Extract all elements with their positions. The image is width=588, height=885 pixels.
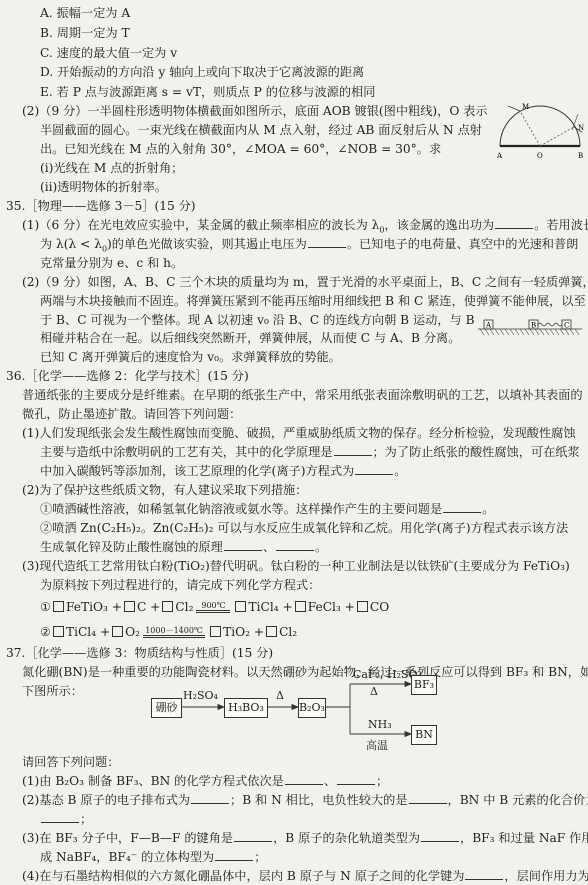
answer-blank[interactable] [276, 539, 314, 551]
text: 。 [315, 540, 327, 554]
q36-intro2: 微孔，防止墨迹扩散。请回答下列问题： [22, 406, 241, 422]
flow-box-h3bo3: H₃BO₃ [224, 698, 268, 718]
term: FeCl₃ + [308, 600, 355, 614]
term: Cl₂ [279, 625, 297, 639]
reaction-condition: 900℃ [196, 602, 230, 613]
flow-heat: Δ [276, 689, 284, 702]
label-a: A [496, 152, 503, 160]
q34-p2-sub1: (i)光线在 M 点的折射角； [40, 160, 183, 176]
text: ； [254, 850, 266, 864]
q35-header: 35.［物理——选修 3－5］(15 分) [6, 198, 196, 214]
text: ①喷洒碱性溶液，如稀氢氧化钠溶液或氨水等。这样操作产生的主要问题是 [40, 502, 442, 516]
option-b: B. 周期一定为 T [40, 25, 130, 41]
eq-number: ① [40, 600, 51, 614]
flow-box-borax: 硼砂 [151, 698, 182, 718]
q36-p2-item2b: 生成氧化锌及防止酸性腐蚀的原理、。 [40, 539, 327, 555]
term: O₂ [125, 625, 140, 639]
answer-blank[interactable] [409, 792, 447, 804]
text: ； [80, 812, 92, 826]
text: ；为了防止纸张的酸性腐蚀，可在纸浆 [373, 445, 580, 459]
semicircle-figure: M N A O B [494, 100, 588, 166]
q37-p1: (1)由 B₂O₃ 制备 BF₃、BN 的化学方程式依次是、； [22, 773, 388, 789]
label-b: B [578, 152, 583, 160]
coefficient-box[interactable] [210, 626, 221, 637]
coefficient-box[interactable] [266, 626, 277, 637]
label-o: O [537, 152, 543, 160]
flow-reagent-h2so4: H₂SO₄ [183, 689, 218, 702]
answer-blank[interactable] [224, 539, 262, 551]
coefficient-box[interactable] [295, 601, 306, 612]
text: (4)在与石墨结构相似的六方氮化硼晶体中，层内 B 原子与 N 原子之间的化学键… [22, 869, 464, 883]
option-e: E. 若 P 点与波源距离 s = vT，则质点 P 的位移与波源的相同 [40, 84, 375, 100]
text: ，BF₃ 和过量 NaF 作用可生 [460, 831, 588, 845]
text: ，BN 中 B 元素的化合价为 [448, 793, 588, 807]
coefficient-box[interactable] [235, 601, 246, 612]
answer-blank[interactable] [41, 811, 79, 823]
answer-blank[interactable] [355, 463, 393, 475]
exam-page: A. 振幅一定为 A B. 周期一定为 T C. 速度的最大值一定为 v D. … [0, 0, 588, 885]
flow-lower-condition: 高温 [366, 737, 388, 753]
text: 。 [482, 502, 494, 516]
q37-intro2: 下图所示： [22, 683, 83, 699]
q36-p3-line1: (3)现代造纸工艺常用钛白粉(TiO₂)替代明矾。钛白粉的一种工业制法是以钛铁矿… [22, 558, 570, 574]
text: 、 [324, 774, 336, 788]
term: TiO₂ + [223, 625, 264, 639]
svg-text:B: B [531, 322, 536, 330]
coefficient-box[interactable] [357, 601, 368, 612]
option-d: D. 开始振动的方向沿 y 轴向上或向下取决于它离波源的距离 [40, 64, 364, 80]
q34-p2-sub2: (ii)透明物体的折射率。 [40, 179, 167, 195]
term: TiCl₄ + [248, 600, 292, 614]
q35-p2-line1: (2)（9 分）如图，A、B、C 三个木块的质量均为 m，置于光滑的水平桌面上，… [22, 274, 588, 290]
svg-text:C: C [564, 322, 569, 330]
text: 、 [263, 540, 275, 554]
q36-p2-item1: ①喷洒碱性溶液，如稀氢氧化钠溶液或氨水等。这样操作产生的主要问题是。 [40, 501, 494, 517]
text: )的单色光做该实验，则其遏止电压为 [107, 237, 307, 251]
q35-p2-line5: 已知 C 离开弹簧后的速度恰为 v₀。求弹簧释放的势能。 [40, 349, 341, 365]
answer-blank[interactable] [421, 830, 459, 842]
q35-p1-line2: 为 λ(λ < λ0)的单色光做该实验，则其遏止电压为。已知电子的电荷量、真空中… [40, 236, 578, 252]
q35-p2-line2: 两端与木块接触而不固连。将弹簧压紧到不能再压缩时用细线把 B 和 C 紧连，使弹… [40, 293, 586, 309]
q36-p3-line2: 为原料按下列过程进行的，请完成下列化学方程式： [40, 577, 320, 593]
reaction-condition: 1000－1400℃ [143, 627, 205, 638]
label-n: N [578, 124, 584, 132]
text: ； [376, 774, 388, 788]
eq-number: ② [40, 625, 51, 639]
text: ，该金属的逸出功为 [384, 218, 494, 232]
text: 成 NaBF₄，BF₄⁻ 的立体构型为 [40, 850, 214, 864]
q36-p1-line1: (1)人们发现纸张会发生酸性腐蚀而变脆、破损，严重威胁纸质文物的保存。经分析检验… [22, 425, 576, 441]
q35-p2-line3: 于 B、C 可视为一个整体。现 A 以初速 v₀ 沿 B、C 的连线方向朝 B … [40, 312, 475, 328]
q36-p2-line1: (2)为了保护这些纸质文物，有人建议采取下列措施： [22, 482, 307, 498]
answer-blank[interactable] [443, 501, 481, 513]
flow-box-b2o3: B₂O₃ [298, 698, 326, 718]
q36-p2-item2: ②喷洒 Zn(C₂H₅)₂。Zn(C₂H₅)₂ 可以与水反应生成氧化锌和乙烷。用… [40, 520, 568, 536]
answer-blank[interactable] [465, 868, 503, 880]
text: (2)基态 B 原子的电子排布式为 [22, 793, 190, 807]
q36-intro1: 普通纸张的主要成分是纤维素。在早期的纸张生产中，常采用纸张表面涂敷明矾的工艺，以… [22, 387, 583, 403]
term: FeTiO₃ + [66, 600, 122, 614]
q35-p2-line4: 相碰并粘合在一起。以后细线突然断开，弹簧伸展，从而使 C 与 A、B 分离。 [40, 330, 460, 346]
q34-p2-line2: 半圆截面的圆心。一束光线在横截面内从 M 点入射，经过 AB 面反射后从 N 点… [40, 122, 482, 138]
text: (1)由 B₂O₃ 制备 BF₃、BN 的化学方程式依次是 [22, 774, 284, 788]
q36-header: 36.［化学——选修 2：化学与技术］(15 分) [6, 368, 249, 384]
q35-p1-line3: 克常量分别为 e、c 和 h。 [40, 255, 183, 271]
answer-blank[interactable] [215, 849, 253, 861]
text: 。已知电子的电荷量、真空中的光速和普朗 [347, 237, 579, 251]
coefficient-box[interactable] [162, 601, 173, 612]
text: 主要与造纸中涂敷明矾的工艺有关，其中的化学原理是 [40, 445, 333, 459]
q37-intro1: 氮化硼(BN)是一种重要的功能陶瓷材料。以天然硼砂为起始物，经过一系列反应可以得… [22, 664, 588, 680]
coefficient-box[interactable] [53, 626, 64, 637]
q37-p2-cont: ； [40, 811, 92, 827]
text: 为 λ(λ < λ [40, 237, 102, 251]
text: 中加入碳酸钙等添加剂，该工艺原理的化学(离子)方程式为 [40, 464, 354, 478]
term: C + [137, 600, 160, 614]
q37-ask: 请回答下列问题： [22, 754, 120, 770]
equation-1: ①FeTiO₃ +C +Cl₂900℃TiCl₄ +FeCl₃ +CO [40, 599, 389, 615]
text: ，层间作用力为 [504, 869, 588, 883]
answer-blank[interactable] [234, 830, 272, 842]
q37-p4: (4)在与石墨结构相似的六方氮化硼晶体中，层内 B 原子与 N 原子之间的化学键… [22, 868, 588, 884]
term: CO [370, 600, 389, 614]
answer-blank[interactable] [495, 217, 533, 229]
label-m: M [522, 103, 529, 111]
flow-box-bn: BN [411, 725, 437, 745]
term: Cl₂ [175, 600, 193, 614]
answer-blank[interactable] [308, 236, 346, 248]
option-a: A. 振幅一定为 A [40, 5, 130, 21]
flow-upper-heat: Δ [370, 685, 378, 698]
q36-p1-line3: 中加入碳酸钙等添加剂，该工艺原理的化学(离子)方程式为。 [40, 463, 406, 479]
answer-blank[interactable] [285, 773, 323, 785]
q37-p3: (3)在 BF₃ 分子中，F—B—F 的键角是，B 原子的杂化轨道类型为，BF₃… [22, 830, 588, 846]
text: 。若用波长 [534, 218, 588, 232]
q34-p2-line1: (2)（9 分）一半圆柱形透明物体横截面如图所示，底面 AOB 镀银(图中粗线)… [22, 103, 488, 119]
text: 。 [394, 464, 406, 478]
term: TiCl₄ + [66, 625, 110, 639]
coefficient-box[interactable] [112, 626, 123, 637]
q37-header: 37.［化学——选修 3：物质结构与性质］(15 分) [6, 645, 273, 661]
svg-text:A: A [485, 322, 492, 330]
q34-p2-line3: 出。已知光线在 M 点的入射角 30°，∠MOA = 60°，∠NOB = 30… [40, 141, 441, 157]
coefficient-box[interactable] [124, 601, 135, 612]
coefficient-box[interactable] [53, 601, 64, 612]
q37-p2: (2)基态 B 原子的电子排布式为；B 和 N 相比，电负性较大的是，BN 中 … [22, 792, 588, 808]
blocks-spring-figure: A B C [478, 318, 588, 340]
text: (1)（6 分）在光电效应实验中，某金属的截止频率相应的波长为 λ [22, 218, 379, 232]
equation-2: ②TiCl₄ +O₂1000－1400℃TiO₂ +Cl₂ [40, 624, 297, 640]
text: ；B 和 N 相比，电负性较大的是 [230, 793, 408, 807]
answer-blank[interactable] [334, 444, 372, 456]
q36-p1-line2: 主要与造纸中涂敷明矾的工艺有关，其中的化学原理是；为了防止纸张的酸性腐蚀，可在纸… [40, 444, 580, 460]
answer-blank[interactable] [337, 773, 375, 785]
flow-lower-reagent: NH₃ [368, 718, 392, 731]
q35-p1-line1: (1)（6 分）在光电效应实验中，某金属的截止频率相应的波长为 λ0，该金属的逸… [22, 217, 588, 233]
text: 生成氧化锌及防止酸性腐蚀的原理 [40, 540, 223, 554]
text: (3)在 BF₃ 分子中，F—B—F 的键角是 [22, 831, 233, 845]
option-c: C. 速度的最大值一定为 v [40, 45, 177, 61]
answer-blank[interactable] [191, 792, 229, 804]
q37-p3-cont: 成 NaBF₄，BF₄⁻ 的立体构型为； [40, 849, 266, 865]
text: ，B 原子的杂化轨道类型为 [273, 831, 420, 845]
